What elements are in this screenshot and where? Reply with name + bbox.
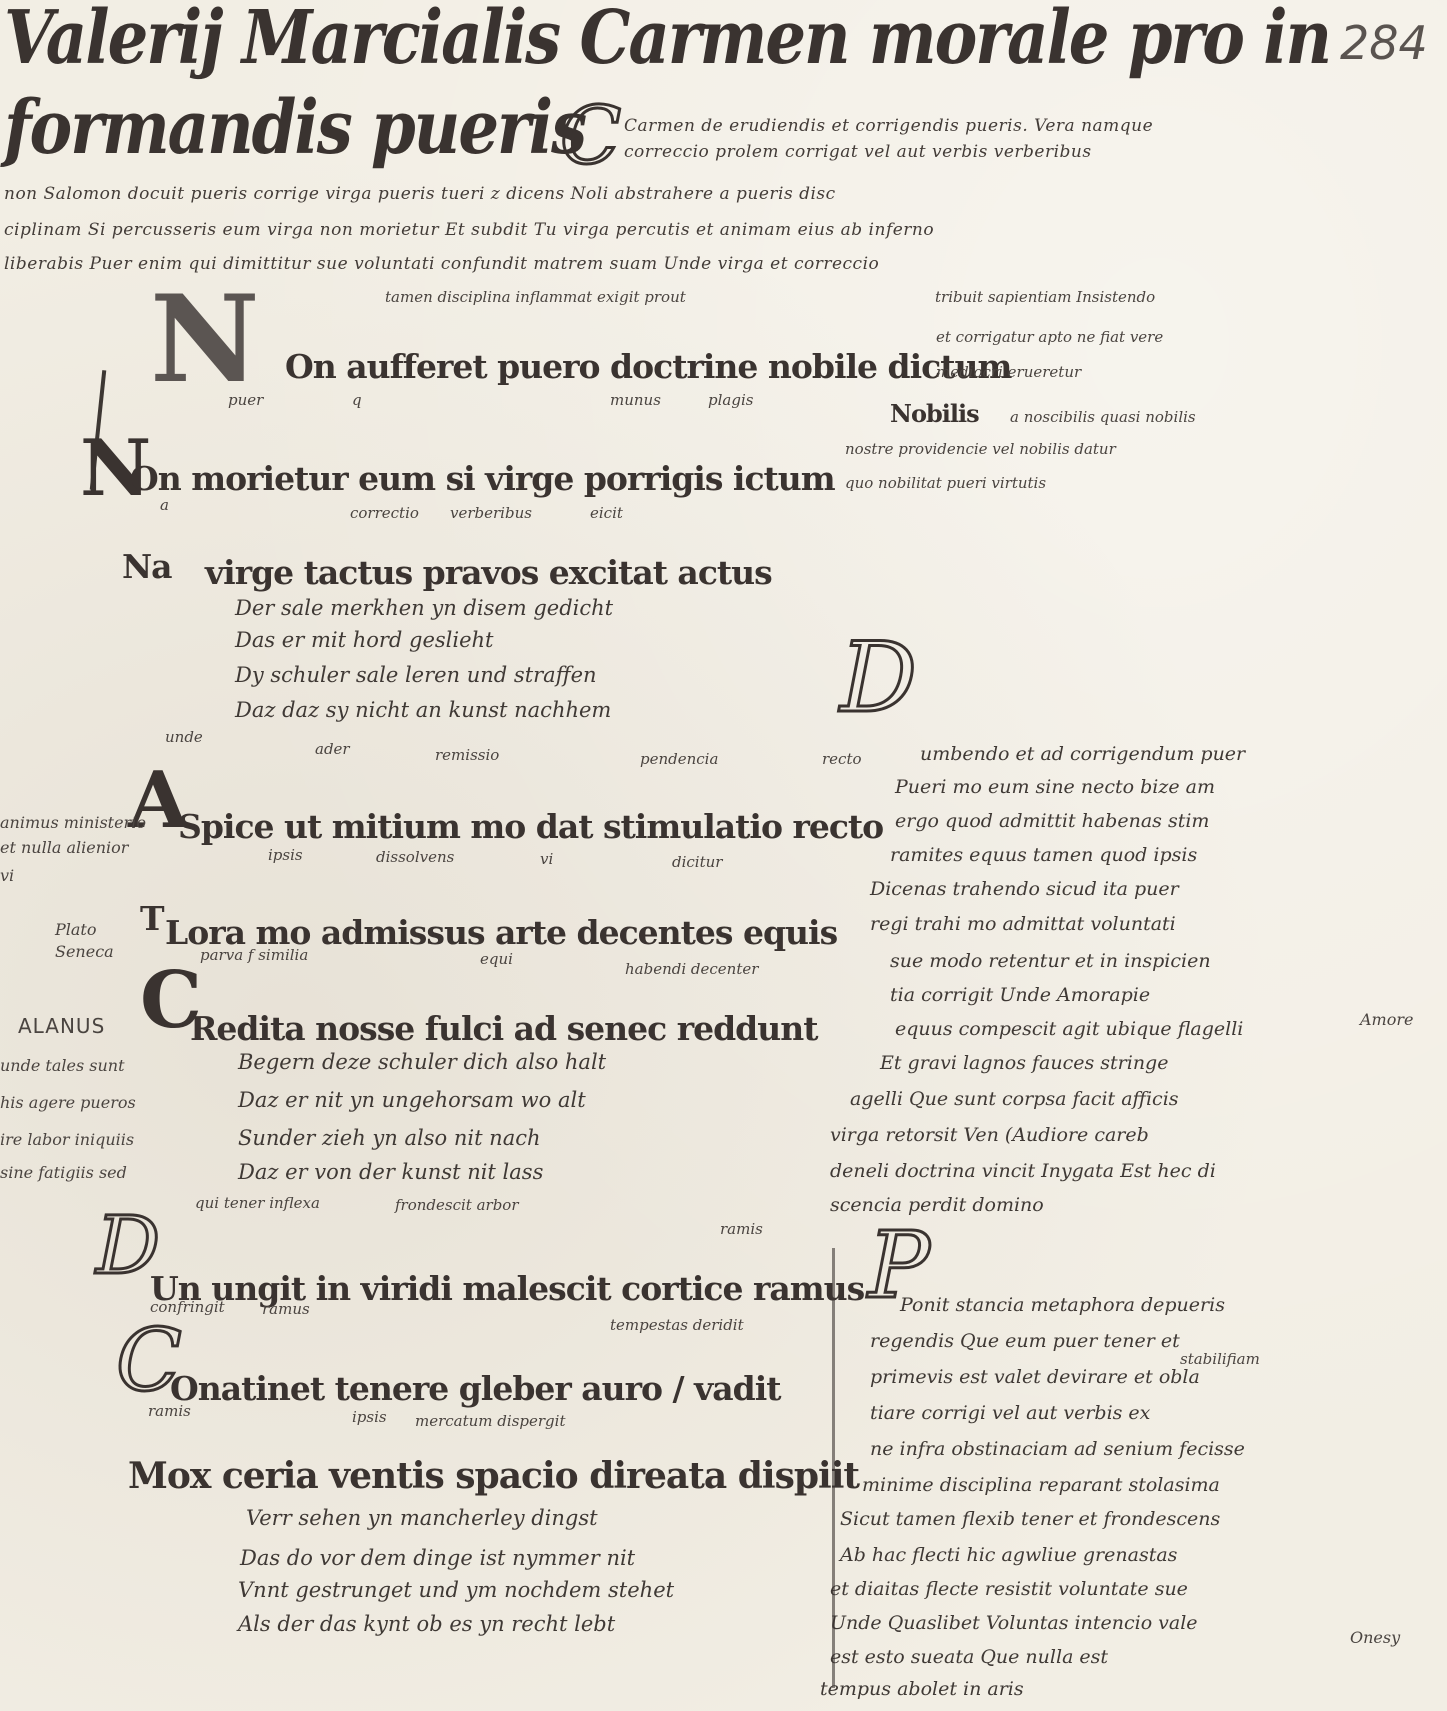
title-line-2: formandis pueris: [4, 92, 585, 166]
right-comment-line: ne infra obstinaciam ad senium fecisse: [870, 1440, 1245, 1459]
verse-8-gloss: ramus: [262, 1302, 310, 1317]
verse-9: Onatinet tenere gleber auro / vadit: [170, 1372, 780, 1405]
right-comment-line: deneli doctrina vincit Inygata Est hec d…: [830, 1162, 1216, 1181]
left-margin-note: unde tales sunt: [0, 1058, 125, 1074]
interlinear-above-v1: tamen disciplina inflammat exigit prout: [385, 290, 686, 305]
verse-6: Lora mo admissus arte decentes equis: [165, 916, 837, 949]
intro-line-2: correccio prolem corrigat vel aut verbis…: [624, 144, 1092, 161]
left-margin-note: et nulla alienior: [0, 840, 128, 856]
german-1-gloss: remissio: [435, 748, 499, 763]
right-comment-line: Ab hac flecti hic agwliue grenastas: [840, 1546, 1177, 1565]
intro-line-6: tribuit sapientiam Insistendo: [935, 290, 1155, 305]
verse-5: Spice ut mitium mo dat stimulatio recto: [178, 810, 883, 843]
ruling-line: [832, 1248, 835, 1688]
german-1-line-1: Der sale merkhen yn disem gedicht: [235, 598, 613, 619]
left-margin-note: sine fatigiis sed: [0, 1165, 127, 1181]
german-2-line-2: Daz er nit yn ungehorsam wo alt: [238, 1090, 586, 1111]
alanus-margin-label: ALANUS: [18, 1016, 105, 1036]
verse-2-right-gloss: a noscibilis quasi nobilis: [1010, 410, 1196, 425]
verse-1-gloss: puer: [228, 393, 263, 408]
verse-10: Mox ceria ventis spacio direata dispiit: [128, 1458, 859, 1494]
right-comment-line: Dicenas trahendo sicud ita puer: [870, 880, 1179, 899]
verse-5-gloss: dissolvens: [376, 850, 454, 865]
verse-5-gloss: dicitur: [672, 855, 722, 870]
german-2-line-4: Daz er von der kunst nit lass: [238, 1162, 543, 1183]
verse-5-gloss: vi: [540, 852, 553, 867]
right-comment-line: Sicut tamen flexib tener et frondescens: [840, 1510, 1220, 1529]
right-comment-line: Ponit stancia metaphora depueris: [900, 1296, 1225, 1315]
verse-1-right-gloss: et corrigatur apto ne fiat vere: [936, 330, 1163, 345]
left-margin-note: vi: [0, 868, 14, 884]
german-1-gloss: pendencia: [640, 752, 718, 767]
right-comment-line: Pueri mo eum sine necto bize am: [895, 778, 1215, 797]
right-comment-line: et diaitas flecte resistit voluntate sue: [830, 1580, 1188, 1599]
german-1-gloss: ader: [315, 742, 350, 757]
right-comment-line: equus compescit agit ubique flagelli: [895, 1020, 1243, 1039]
initial-d-right-icon: D: [840, 630, 917, 726]
german-1-line-3: Dy schuler sale leren und straffen: [235, 665, 597, 686]
verse-8: Un ungit in viridi malescit cortice ramu…: [150, 1272, 864, 1305]
verse-6-gloss: equi: [480, 952, 513, 967]
verse-2-right-gloss: quo nobilitat pueri virtutis: [845, 476, 1046, 491]
left-margin-note: Plato: [55, 922, 96, 938]
left-margin-note: Seneca: [55, 944, 114, 960]
german-1-line-2: Das er mit hord geslieht: [235, 630, 494, 651]
right-margin-note: Onesy: [1350, 1630, 1400, 1646]
verse-1-gloss: plagis: [708, 393, 753, 408]
left-margin-note: animus ministerio: [0, 815, 146, 831]
verse-8-gloss: tempestas deridit: [610, 1318, 744, 1333]
verse-8-gloss-above: qui tener inflexa: [195, 1196, 320, 1211]
right-comment-line: sue modo retentur et in inspicien: [890, 952, 1211, 971]
right-comment-line: tempus abolet in aris: [820, 1680, 1024, 1699]
german-2-line-1: Begern deze schuler dich also halt: [238, 1052, 606, 1073]
verse-8-gloss-above: frondescit arbor: [395, 1198, 519, 1213]
intro-line-4: ciplinam Si percusseris eum virga non mo…: [4, 222, 934, 239]
verse-7: Redita nosse fulci ad senec reddunt: [190, 1012, 817, 1045]
intro-line-5: liberabis Puer enim qui dimittitur sue v…: [4, 256, 879, 273]
verse-8-gloss-above: ramis: [720, 1222, 763, 1237]
german-3-line-3: Vnnt gestrunget und ym nochdem stehet: [238, 1580, 674, 1601]
verse-9-gloss: ipsis: [352, 1410, 387, 1425]
verse-5-gloss: ipsis: [268, 848, 303, 863]
german-3-line-4: Als der das kynt ob es yn recht lebt: [238, 1614, 615, 1635]
left-margin-note: his agere pueros: [0, 1095, 136, 1111]
right-comment-line: agelli Que sunt corpsa facit afficis: [850, 1090, 1179, 1109]
nobilis-heading: Nobilis: [890, 402, 979, 426]
verse-9-gloss: mercatum dispergit: [415, 1414, 565, 1429]
german-3-line-1: Verr sehen yn mancherley dingst: [246, 1508, 598, 1529]
intro-line-1: Carmen de erudiendis et corrigendis puer…: [624, 118, 1153, 135]
german-2-line-3: Sunder zieh yn also nit nach: [238, 1128, 541, 1149]
right-comment-line: scencia perdit domino: [830, 1196, 1044, 1215]
german-1-gloss: recto: [822, 752, 862, 767]
right-comment-line: Unde Quaslibet Voluntas intencio vale: [830, 1614, 1198, 1633]
right-comment-line: primevis est valet devirare et obla: [870, 1368, 1200, 1387]
right-comment-line: virga retorsit Ven (Audiore careb: [830, 1126, 1149, 1145]
verse-6-gloss: habendi decenter: [625, 962, 758, 977]
verse-2-gloss: a: [160, 498, 169, 513]
right-margin-note: Amore: [1360, 1012, 1413, 1028]
initial-n-decorated-icon: N: [150, 280, 260, 400]
right-comment-line: Et gravi lagnos fauces stringe: [880, 1054, 1168, 1073]
german-3-line-2: Das do vor dem dinge ist nymmer nit: [240, 1548, 635, 1569]
verse-1-right-gloss: mediocri erueretur: [936, 365, 1081, 380]
right-comment-line: est esto sueata Que nulla est: [830, 1648, 1108, 1667]
verse-6-gloss: parva f similia: [200, 948, 308, 963]
right-comment-line: ramites equus tamen quod ipsis: [890, 846, 1197, 865]
folio-number: 284: [1340, 20, 1428, 66]
left-margin-note: ire labor iniquiis: [0, 1132, 134, 1148]
verse-2: On morietur eum si virge porrigis ictum: [130, 462, 835, 495]
verse-1-gloss: munus: [610, 393, 661, 408]
initial-c-intro-icon: C: [560, 96, 621, 176]
title-line-1: Valerij Marcialis Carmen morale pro in: [4, 2, 1330, 76]
intro-line-3: non Salomon docuit pueris corrige virga …: [4, 186, 836, 203]
verse-2-gloss: eicit: [590, 506, 623, 521]
german-1-line-4: Daz daz sy nicht an kunst nachhem: [235, 700, 611, 721]
right-comment-line: regendis Que eum puer tener et: [870, 1332, 1180, 1351]
right-interlinear: stabilifiam: [1180, 1352, 1260, 1367]
verse-3: virge tactus pravos excitat actus: [205, 556, 772, 589]
manuscript-page: Valerij Marcialis Carmen morale pro in f…: [0, 0, 1447, 1711]
right-comment-line: tiare corrigi vel aut verbis ex: [870, 1404, 1150, 1423]
german-1-gloss: unde: [165, 730, 203, 745]
right-comment-line: regi trahi mo admittat voluntati: [870, 915, 1176, 934]
verse-3-initial: Na: [122, 550, 172, 583]
right-comment-line: tia corrigit Unde Amorapie: [890, 986, 1150, 1005]
right-comment-line: ergo quod admittit habenas stim: [895, 812, 1209, 831]
verse-1: On aufferet puero doctrine nobile dictum: [285, 350, 1011, 383]
verse-9-gloss: ramis: [148, 1404, 191, 1419]
verse-6-initial: T: [140, 902, 164, 935]
verse-1-gloss: q: [352, 393, 362, 408]
right-comment-line: minime disciplina reparant stolasima: [862, 1476, 1220, 1495]
verse-2-right-gloss: nostre providencie vel nobilis datur: [845, 442, 1116, 457]
verse-2-gloss: correctio: [350, 506, 419, 521]
verse-2-gloss: verberibus: [450, 506, 532, 521]
right-comment-line: umbendo et ad corrigendum puer: [920, 745, 1245, 764]
